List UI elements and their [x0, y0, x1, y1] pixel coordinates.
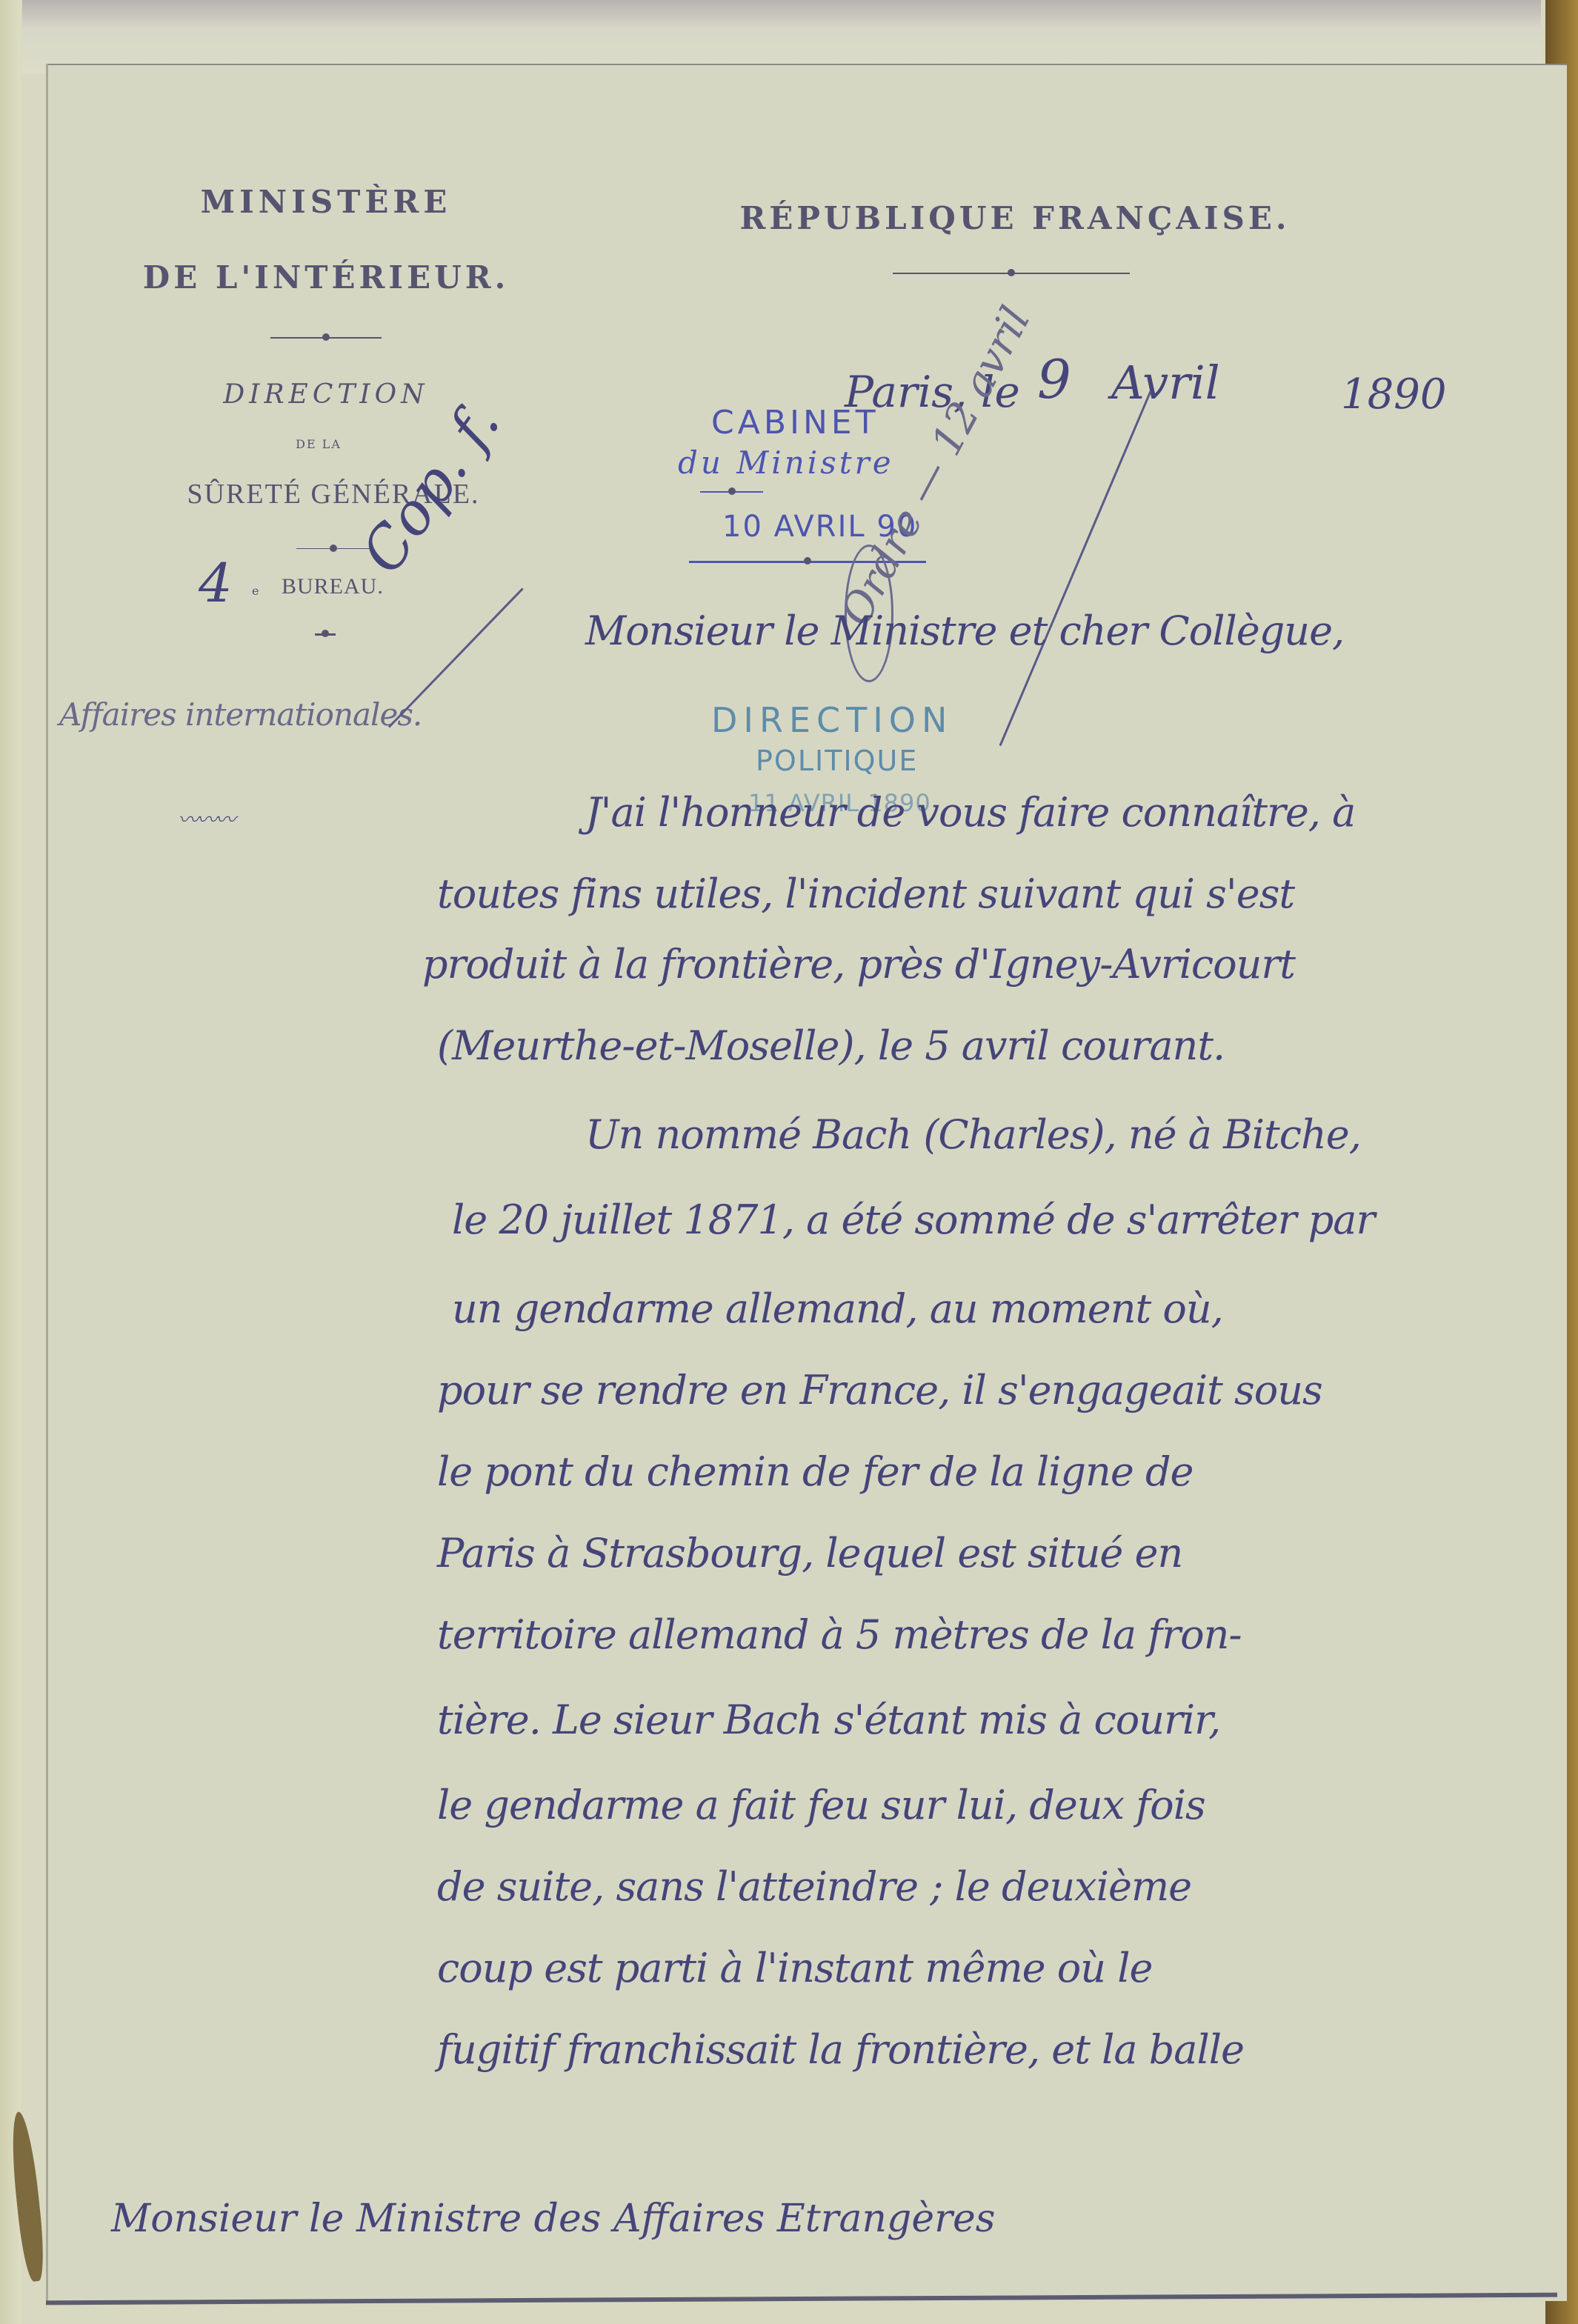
body-line-16: fugitif franchissait la frontière, et la… [437, 2026, 1244, 2073]
ornament-divider-icon [270, 337, 382, 339]
dateline-month: Avril [1111, 356, 1220, 410]
salutation: Monsieur le Ministre et cher Collègue, [585, 607, 1344, 654]
body-line-13: le gendarme a fait feu sur lui, deux foi… [437, 1782, 1205, 1828]
body-line-3: produit à la frontière, près d'Igney-Avr… [422, 941, 1295, 988]
body-line-9: le pont du chemin de fer de la ligne de [437, 1448, 1194, 1495]
republic-ornament-icon [893, 273, 1130, 274]
body-line-6: le 20 juillet 1871, a été sommé de s'arr… [452, 1196, 1374, 1243]
direction-stamp-title: DIRECTION [711, 700, 953, 740]
republic-heading: RÉPUBLIQUE FRANÇAISE. [711, 200, 1319, 236]
addressee: Monsieur le Ministre des Affaires Etrang… [111, 2197, 995, 2241]
dateline-year: 1890 [1341, 370, 1447, 419]
body-line-12: tière. Le sieur Bach s'étant mis à couri… [437, 1697, 1220, 1743]
de-la-label: DE LA [244, 437, 393, 451]
bureau-number: 4 [199, 552, 233, 614]
body-line-7: un gendarme allemand, au moment où, [452, 1285, 1223, 1332]
body-line-8: pour se rendre en France, il s'engageait… [437, 1367, 1322, 1414]
dateline-day: 9 [1037, 348, 1071, 410]
body-line-15: coup est parti à l'instant même où le [437, 1945, 1152, 1991]
body-line-14: de suite, sans l'atteindre ; le deuxième [437, 1863, 1191, 1910]
dash-divider-icon [315, 633, 336, 636]
cabinet-stamp-title: CABINET [711, 404, 879, 442]
body-line-1: J'ai l'honneur de vous faire connaître, … [585, 789, 1355, 836]
ministry-line2: DE L'INTÉRIEUR. [141, 259, 511, 296]
body-line-10: Paris à Strasbourg, lequel est situé en [437, 1530, 1182, 1576]
direction-stamp-subtitle: POLITIQUE [756, 745, 918, 777]
subject-note: Affaires internationales. [59, 696, 422, 733]
bureau-suffix: e [252, 584, 259, 598]
body-line-11: territoire allemand à 5 mètres de la fro… [437, 1611, 1242, 1658]
cabinet-stamp-rule-icon [700, 491, 763, 493]
squiggle-icon: 〰〰〰 [178, 804, 233, 833]
top-sheet-fold [22, 0, 1541, 74]
body-line-5: Un nommé Bach (Charles), né à Bitche, [585, 1111, 1361, 1158]
ministry-line1: MINISTÈRE [148, 184, 504, 220]
cabinet-stamp-subtitle: du Ministre [678, 445, 894, 481]
body-line-2: toutes fins utiles, l'incident suivant q… [437, 870, 1294, 917]
body-line-4: (Meurthe-et-Moselle), le 5 avril courant… [437, 1022, 1225, 1069]
